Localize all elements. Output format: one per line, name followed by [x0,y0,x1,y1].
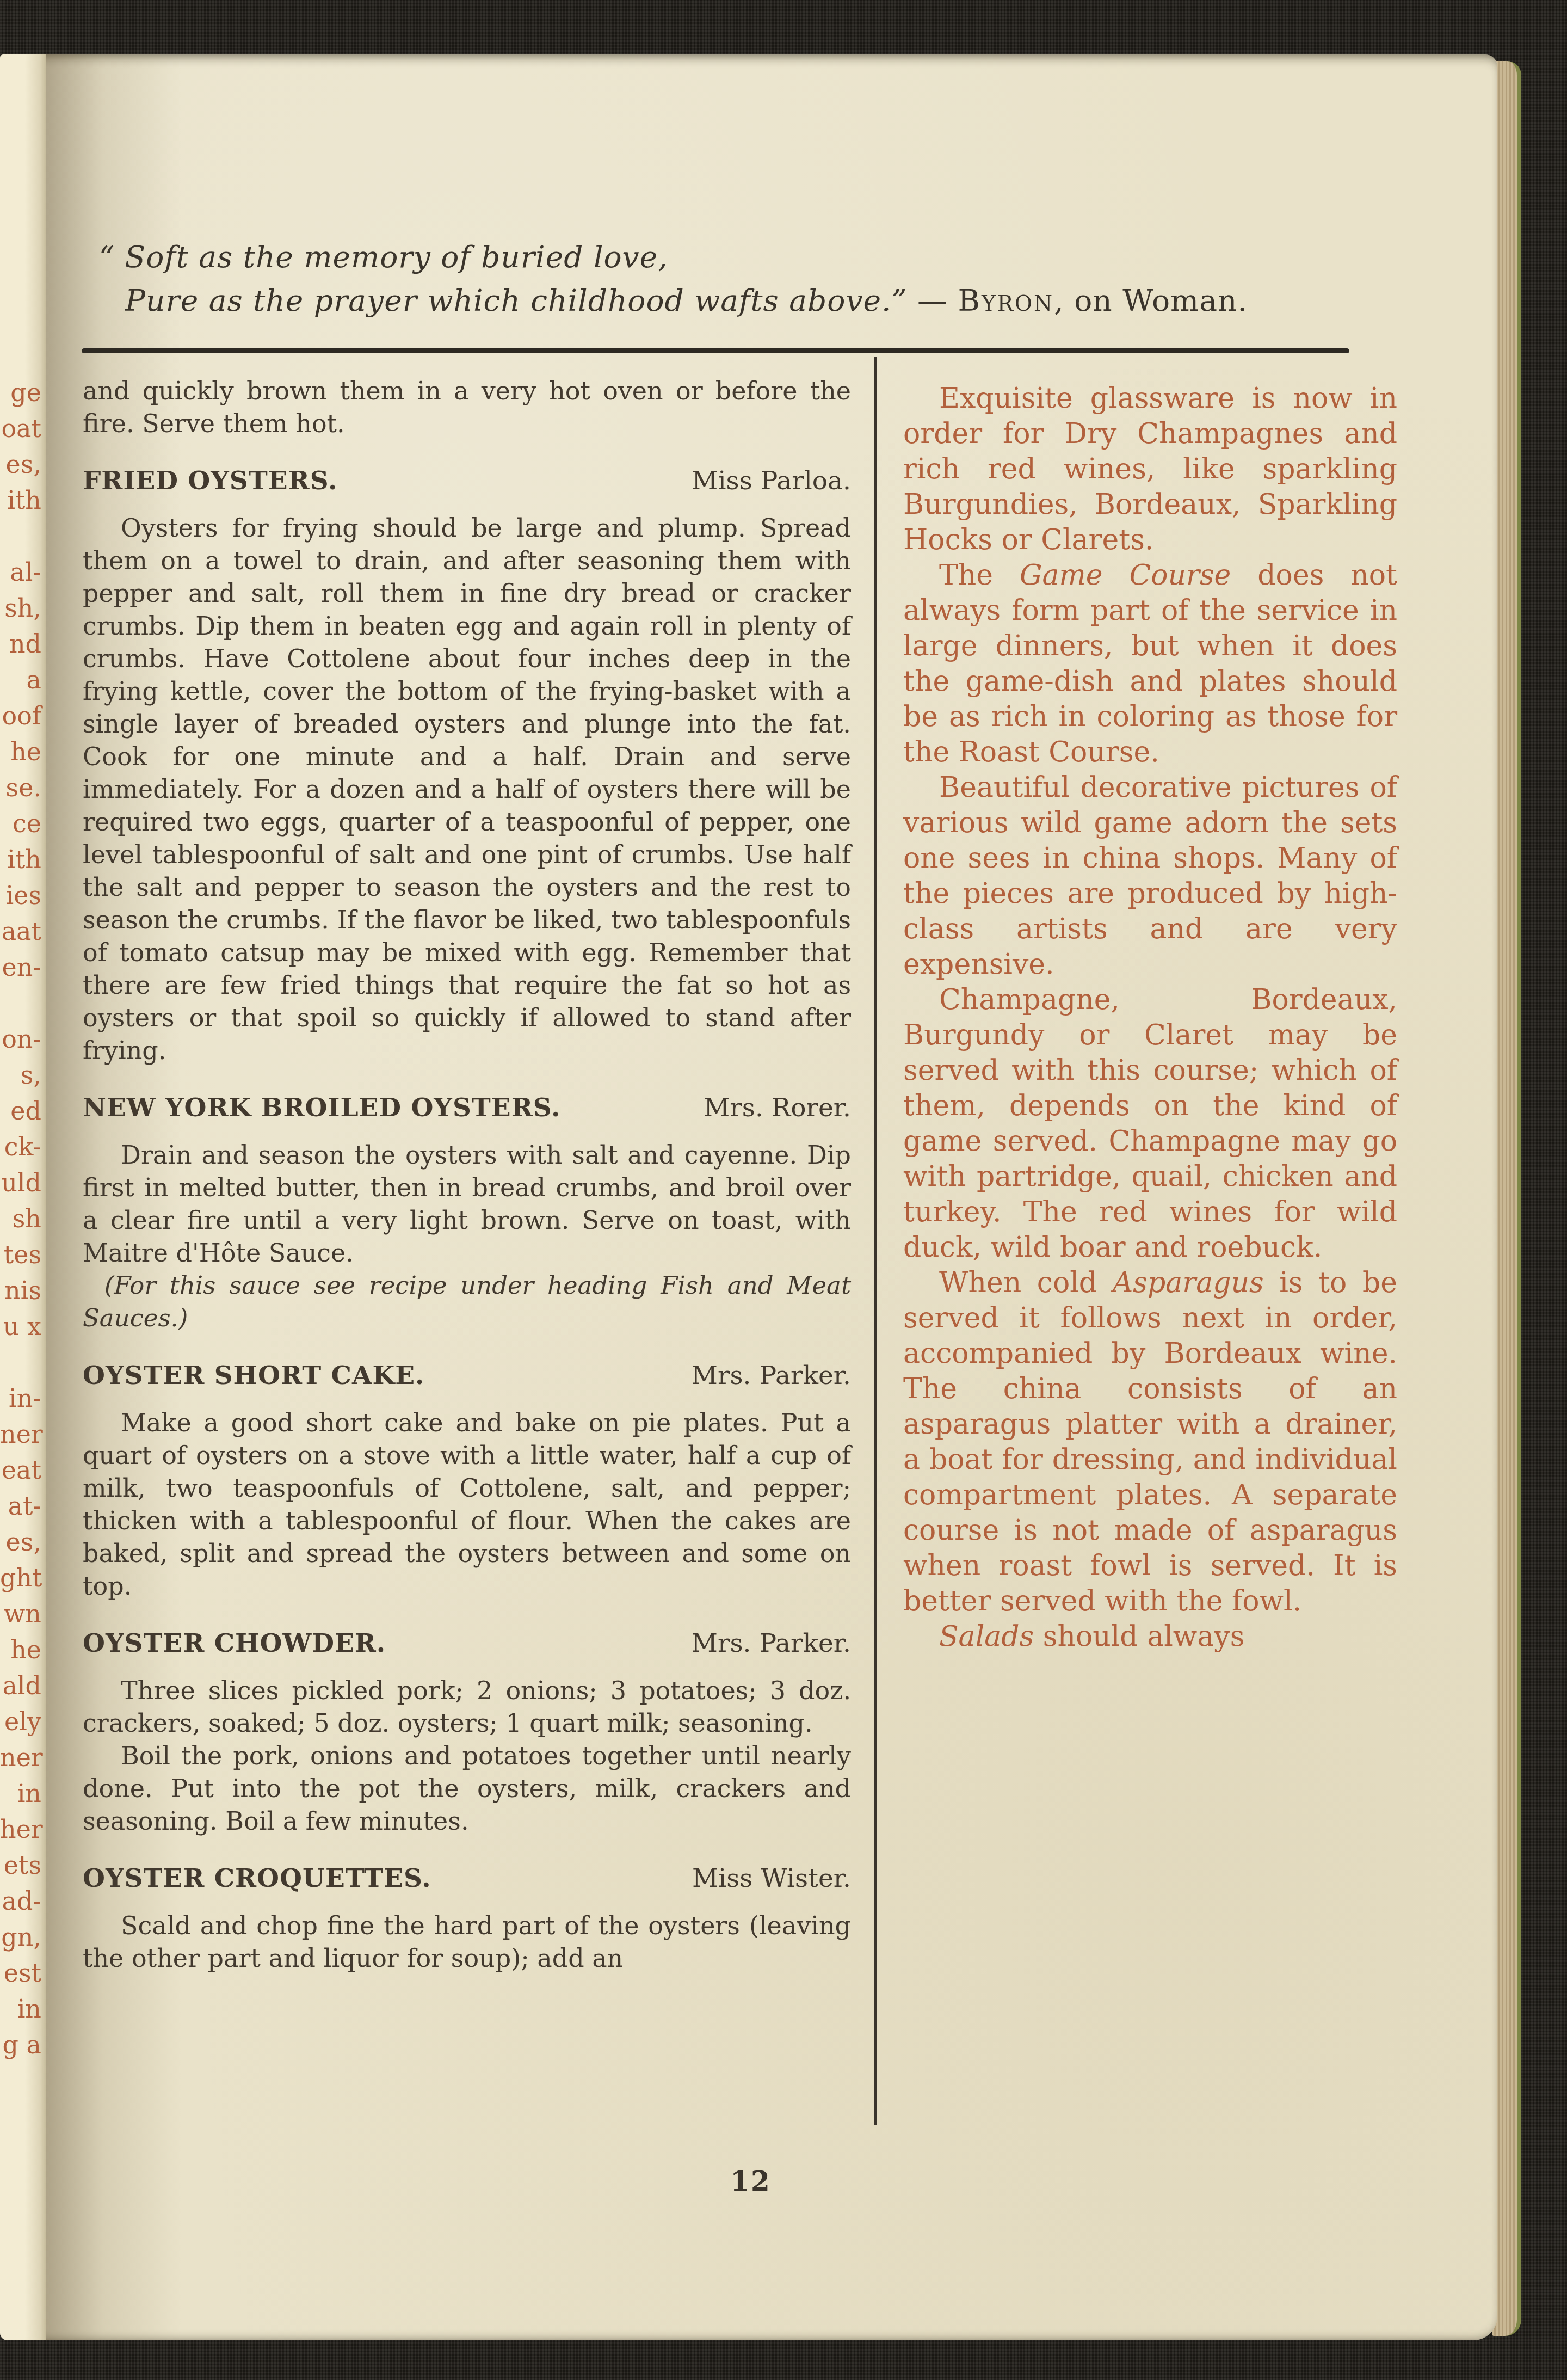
page-edge-text-fragment: est [0,1955,41,1991]
recipe-heading-row: FRIED OYSTERS. Miss Parloa. [83,465,851,497]
text-run: should always [1034,1620,1244,1653]
recipe-heading-row: OYSTER SHORT CAKE. Mrs. Parker. [83,1360,851,1392]
page-edge-text-fragments: geoates,ith al-sh,ndaoofhese.ceithiesaat… [0,374,63,2063]
recipe-oyster-short-cake: OYSTER SHORT CAKE. Mrs. Parker. Make a g… [83,1360,851,1602]
page-edge-text-fragment: oat [0,410,41,446]
sidebar-paragraph-glassware: Exquisite glassware is now in order for … [903,381,1397,558]
page-edge-text-fragment: oof [0,698,41,734]
sidebar-paragraph-wines: Champagne, Bordeaux, Burgundy or Claret … [903,982,1397,1265]
quote-line-2: Pure as the prayer which childhood wafts… [91,283,1435,318]
header-quote: “ Soft as the memory of buried love, Pur… [91,239,1435,318]
page-edge-text-fragment: wn [0,1596,41,1632]
sidebar-paragraph-asparagus: When cold Asparagus is to be served it f… [903,1265,1397,1619]
left-column: and quickly brown them in a very hot ove… [83,374,851,1975]
page-edge-text-fragment [0,518,41,554]
quote-attribution-rest: , on Woman. [1054,283,1248,318]
sidebar-paragraph-game-course: The Game Course does not always form par… [903,558,1397,770]
page-edge-text-fragment: on- [0,1021,41,1057]
page-edge-text-fragment: gn, [0,1919,41,1955]
italic-run: Game Course [1020,559,1231,592]
recipe-title: OYSTER SHORT CAKE. [83,1360,424,1392]
column-divider [874,357,877,2125]
page-edge-text-fragment: es, [0,446,41,482]
page-edge-text-fragment [0,985,41,1021]
page-edge-text-fragment: ge [0,374,41,410]
page-edge-text-fragment: nis [0,1272,41,1308]
right-column: Exquisite glassware is now in order for … [903,381,1397,1655]
page-edge-text-fragment: in [0,1775,41,1811]
page-edge-text-fragment: sh [0,1201,41,1237]
text-run: is to be served it follows next in order… [903,1266,1397,1618]
page-edge-text-fragment: at- [0,1488,41,1524]
page-edge-text-fragment: a [0,662,41,698]
book-page: geoates,ith al-sh,ndaoofhese.ceithiesaat… [0,54,1497,2340]
recipe-paragraph: Three slices pickled pork; 2 onions; 3 p… [83,1674,851,1739]
recipe-attribution: Mrs. Parker. [692,1627,851,1660]
page-edge-text-fragment: ght [0,1560,41,1596]
page-edge-text-fragment: se. [0,770,41,805]
page-edge-text-fragment: ets [0,1847,41,1883]
page-edge-text-fragment: u x [0,1308,41,1344]
page-edge-text-fragment: es, [0,1524,41,1560]
text-run: When cold [939,1266,1113,1299]
page-edge-text-fragment: s, [0,1057,41,1093]
page-edge-text-fragment: her [0,1811,41,1847]
page-edge-text-fragment: in- [0,1380,41,1416]
page-edge-text-fragment: sh, [0,590,41,626]
recipe-title: NEW YORK BROILED OYSTERS. [83,1092,560,1124]
page-edge-text-fragment: ad- [0,1883,41,1919]
page-edge-text-fragment: tes [0,1237,41,1272]
page-edge-text-fragment: in [0,1991,41,2027]
page-edge-text-fragment: ck- [0,1129,41,1165]
recipe-heading-row: NEW YORK BROILED OYSTERS. Mrs. Rorer. [83,1092,851,1124]
page-edge-text-fragment: ce [0,805,41,841]
text-run: The [939,559,1020,592]
recipe-paragraph: Drain and season the oysters with salt a… [83,1139,851,1269]
page-edge-text-fragment: aat [0,913,41,949]
recipe-new-york-broiled-oysters: NEW YORK BROILED OYSTERS. Mrs. Rorer. Dr… [83,1092,851,1334]
recipe-title: OYSTER CROQUETTES. [83,1862,431,1895]
recipe-oyster-chowder: OYSTER CHOWDER. Mrs. Parker. Three slice… [83,1627,851,1837]
quote-line-2-text: Pure as the prayer which childhood wafts… [125,283,908,318]
recipe-heading-row: OYSTER CHOWDER. Mrs. Parker. [83,1627,851,1660]
page-edge-text-fragment [0,1344,41,1380]
book-photograph: { "header": { "quote_line1": "“ Soft as … [0,0,1567,2380]
recipe-title: OYSTER CHOWDER. [83,1627,386,1660]
page-number: 12 [707,2165,794,2197]
page-edge-text-fragment: he [0,1632,41,1668]
page-edge-text-fragment: ed [0,1093,41,1129]
recipe-attribution: Miss Parloa. [692,465,851,497]
quote-dash: — [908,283,958,318]
recipe-note: (For this sauce see recipe under heading… [83,1269,851,1334]
recipe-heading-row: OYSTER CROQUETTES. Miss Wister. [83,1862,851,1895]
page-edge-text-fragment: ner [0,1739,41,1775]
page-edge-text-fragment: ith [0,482,41,518]
header-rule [82,348,1349,353]
quote-attribution-name: Byron [958,283,1054,318]
page-edge-text-fragment: ner [0,1416,41,1452]
page-edge-text-fragment: ald [0,1668,41,1703]
page-edge-text-fragment: uld [0,1165,41,1201]
sidebar-paragraph-decorative-pictures: Beautiful decorative pictures of various… [903,770,1397,982]
page-edge-text-fragment: en- [0,949,41,985]
page-edge-text-fragment: al- [0,554,41,590]
quote-line-1: “ Soft as the memory of buried love, [91,239,1435,274]
sidebar-paragraph-salads: Salads should always [903,1619,1397,1655]
page-edge-text-fragment: he [0,734,41,770]
page-edge-text-fragment: g a [0,2027,41,2063]
recipe-title: FRIED OYSTERS. [83,465,337,497]
recipe-paragraph: Boil the pork, onions and potatoes toget… [83,1739,851,1837]
page-edge-text-fragment: nd [0,626,41,662]
page-edge-text-fragment: ith [0,841,41,877]
intro-paragraph: and quickly brown them in a very hot ove… [83,374,851,440]
recipe-attribution: Mrs. Parker. [692,1360,851,1392]
page-edge-text-fragment: ies [0,877,41,913]
italic-run: Salads [939,1620,1034,1653]
recipe-attribution: Miss Wister. [692,1862,851,1895]
recipe-fried-oysters: FRIED OYSTERS. Miss Parloa. Oysters for … [83,465,851,1067]
recipe-paragraph: Scald and chop fine the hard part of the… [83,1909,851,1975]
recipe-paragraph: Oysters for frying should be large and p… [83,512,851,1067]
recipe-paragraph: Make a good short cake and bake on pie p… [83,1406,851,1602]
recipe-oyster-croquettes: OYSTER CROQUETTES. Miss Wister. Scald an… [83,1862,851,1975]
page-edge-text-fragment: eat [0,1452,41,1488]
page-edge-text-fragment: ely [0,1703,41,1739]
italic-run: Asparagus [1113,1266,1264,1299]
recipe-attribution: Mrs. Rorer. [704,1092,851,1124]
